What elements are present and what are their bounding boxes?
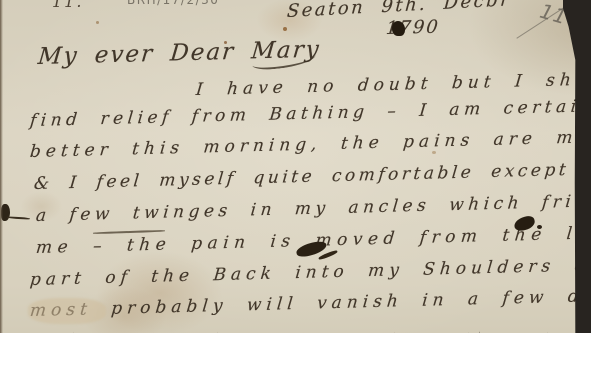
manuscript-paper: 11. BRH/17/2/30 11 Seaton 9th. Decbr 179… xyxy=(0,0,591,333)
margin-ink-mark xyxy=(7,216,30,220)
body-line: most probably will vanish in a few days, xyxy=(29,285,591,321)
body-line: a few twinges in my ancles which frighte… xyxy=(35,190,591,226)
body-line: find relief from Bathing – I am certainl… xyxy=(29,96,591,132)
faded-ink-patch xyxy=(28,298,106,324)
stroke xyxy=(467,325,480,333)
foxing-speck xyxy=(96,21,99,24)
twinges-underline xyxy=(93,230,165,234)
stroke xyxy=(205,326,218,333)
stroke xyxy=(61,326,74,333)
foxing-speck xyxy=(283,27,287,31)
ink-blot xyxy=(537,225,542,229)
body-line: I have no doubt but I shall xyxy=(195,69,591,100)
stroke xyxy=(535,326,548,333)
letter-scan-page: 11. BRH/17/2/30 11 Seaton 9th. Decbr 179… xyxy=(0,0,591,365)
body-line: part of the Back into my Shoulders and xyxy=(29,254,591,290)
stroke xyxy=(141,327,154,333)
foxing-speck xyxy=(224,41,227,44)
folio-number-ink: 11. xyxy=(52,0,83,11)
archival-reference-pencil: BRH/17/2/30 xyxy=(127,0,219,7)
body-line: better this morning, the pains are moved xyxy=(29,126,591,162)
paper-left-edge-shadow xyxy=(0,0,3,333)
foxing-speck xyxy=(432,151,436,154)
stroke xyxy=(291,327,304,333)
stroke xyxy=(382,326,395,333)
ink-blot xyxy=(392,21,405,36)
body-line: & I feel myself quite comfortable except… xyxy=(33,158,591,194)
